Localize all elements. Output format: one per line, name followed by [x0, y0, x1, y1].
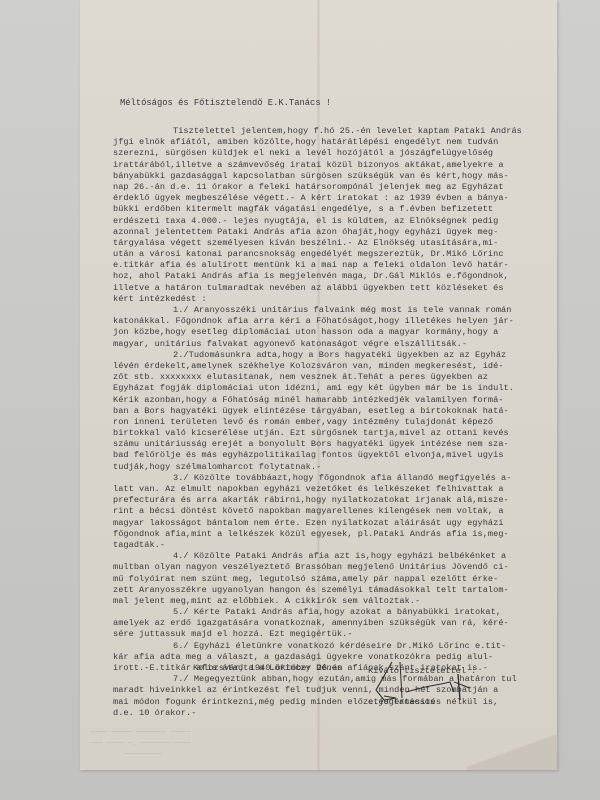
- typed-line: ron inneni területen levő és román ember…: [113, 417, 543, 428]
- typed-line: 3./ Közölte továbbáazt,hogy főgondnok af…: [113, 473, 543, 484]
- typed-line: érdeklő ügyek megbeszélése végett.- A ké…: [113, 193, 543, 204]
- typed-line: Kérik azonban,hogy a Főhatóság minél ham…: [113, 395, 543, 406]
- typed-line: kért intézkedést :: [113, 294, 543, 305]
- typed-line: rint a bécsi döntést követő napokban mag…: [113, 506, 543, 517]
- typed-line: sére juttassuk majd el hozzá. Ezt megigé…: [113, 629, 543, 640]
- typed-line: Egyházat fogják diplomáciai uton idézni,…: [113, 383, 543, 394]
- letter-body: Tisztelettel jelentem,hogy f.hó 25.-én l…: [113, 126, 543, 719]
- typed-line: 6./ Egyházi életünkre vonatkozó kérdései…: [113, 641, 543, 652]
- place-date: Kolozsvár, 1940.október 26.án: [193, 663, 343, 673]
- typed-line: után a városi katonai parancsnokság enge…: [113, 249, 543, 260]
- typed-line: zett Aranyosszékre ugyanolyan hangon és …: [113, 585, 543, 596]
- typed-line: tagadták.-: [113, 540, 543, 551]
- typed-line: zőt stb. xxxxxxxx elutasitanak, nem vesz…: [113, 372, 543, 383]
- typed-line: Tisztelettel jelentem,hogy f.hó 25.-én l…: [113, 126, 543, 137]
- typed-line: tudják,hogy szélmalomharcot folytatnak.-: [113, 462, 543, 473]
- typed-line: bányabükki gazdasággal kapcsolatban sürg…: [113, 171, 543, 182]
- typed-line: magyar, unitárius falvakat agyonevő kato…: [113, 339, 543, 350]
- salutation: Méltóságos és Főtisztelendő E.K.Tanács !: [120, 98, 331, 108]
- typed-line: magyar lakosságot bántalom nem érte. Eze…: [113, 518, 543, 529]
- typed-line: jfgi elnök afiától, amiben közölte,hogy …: [113, 137, 543, 148]
- typed-line: 2./Tudomásunkra adta,hogy a Bors hagyaté…: [113, 350, 543, 361]
- typed-line: nap 26.-án d.e. 11 órakor a feleki határ…: [113, 182, 543, 193]
- typed-line: 4./ Közölte Pataki András afia azt is,ho…: [113, 551, 543, 562]
- typed-line: 5./ Kérte Pataki András afia,hogy azokat…: [113, 607, 543, 618]
- typed-line: 1./ Aranyosszéki unitárius falvaink még …: [113, 305, 543, 316]
- typed-line: prefecturára és arra akarták rábirni,hog…: [113, 495, 543, 506]
- typed-line: mal jelent meg,mint az előbbiek. A cikki…: [113, 596, 543, 607]
- typed-line: főgondnok afia,mint a lelkészek közül eg…: [113, 529, 543, 540]
- typed-line: számu unitáriusság erejét a bonyolult Bo…: [113, 439, 543, 450]
- typed-line: bükki erdőben kitermelt magfák vágatási …: [113, 204, 543, 215]
- typed-line: mű folyóirat nem szünt meg, legutolsó sz…: [113, 574, 543, 585]
- signatory-title: e.jogtanácsos: [368, 697, 435, 707]
- typed-line: jon közbe,hogy esetleg diplomáciai uton …: [113, 327, 543, 338]
- typed-line: illetve a határon tulmaradtak nevében az…: [113, 283, 543, 294]
- typed-line: amelyek az erdő igazgatására vonatkoznak…: [113, 618, 543, 629]
- typed-line: irattárából,illetve a számvevőség iratai…: [113, 160, 543, 171]
- typed-line: azonnal jelentettem Pataki András afia a…: [113, 227, 543, 238]
- typed-line: ban a Bors hagyatéki ügyek elintézése tá…: [113, 406, 543, 417]
- typed-line: szerezni, sürgösen küldjek el neki a lev…: [113, 148, 543, 159]
- typed-line: katonákkal. Főgondnok afia arra kéri a F…: [113, 316, 543, 327]
- typed-line: tárgyalása végett személyesen kíván besz…: [113, 238, 543, 249]
- typed-line: hoz, ahol Pataki András afia is megjelen…: [113, 271, 543, 282]
- typed-line: multban olyan nagyon veszélyeztető Brass…: [113, 562, 543, 573]
- typed-line: lévén érdekelt,amelynek székhelye Kolozs…: [113, 361, 543, 372]
- typed-line: erdészeti taxa 4.000.- lejes nyugtája, e…: [113, 216, 543, 227]
- typed-line: bad felőrölje és más egyházpolitikailag …: [113, 450, 543, 461]
- typed-line: e.titkár afia és alulírott mentünk ki a …: [113, 260, 543, 271]
- typed-line: birtokkal való kicserélése utján. Ezt sü…: [113, 428, 543, 439]
- typed-line: latt van. Az elmult napokban egyházi vez…: [113, 484, 543, 495]
- bleed-through-text: ~~~~ ~~~~~ ~~~~~~~ ~~~~~ ~~~ ~~~~ ~. ~~~…: [90, 728, 310, 768]
